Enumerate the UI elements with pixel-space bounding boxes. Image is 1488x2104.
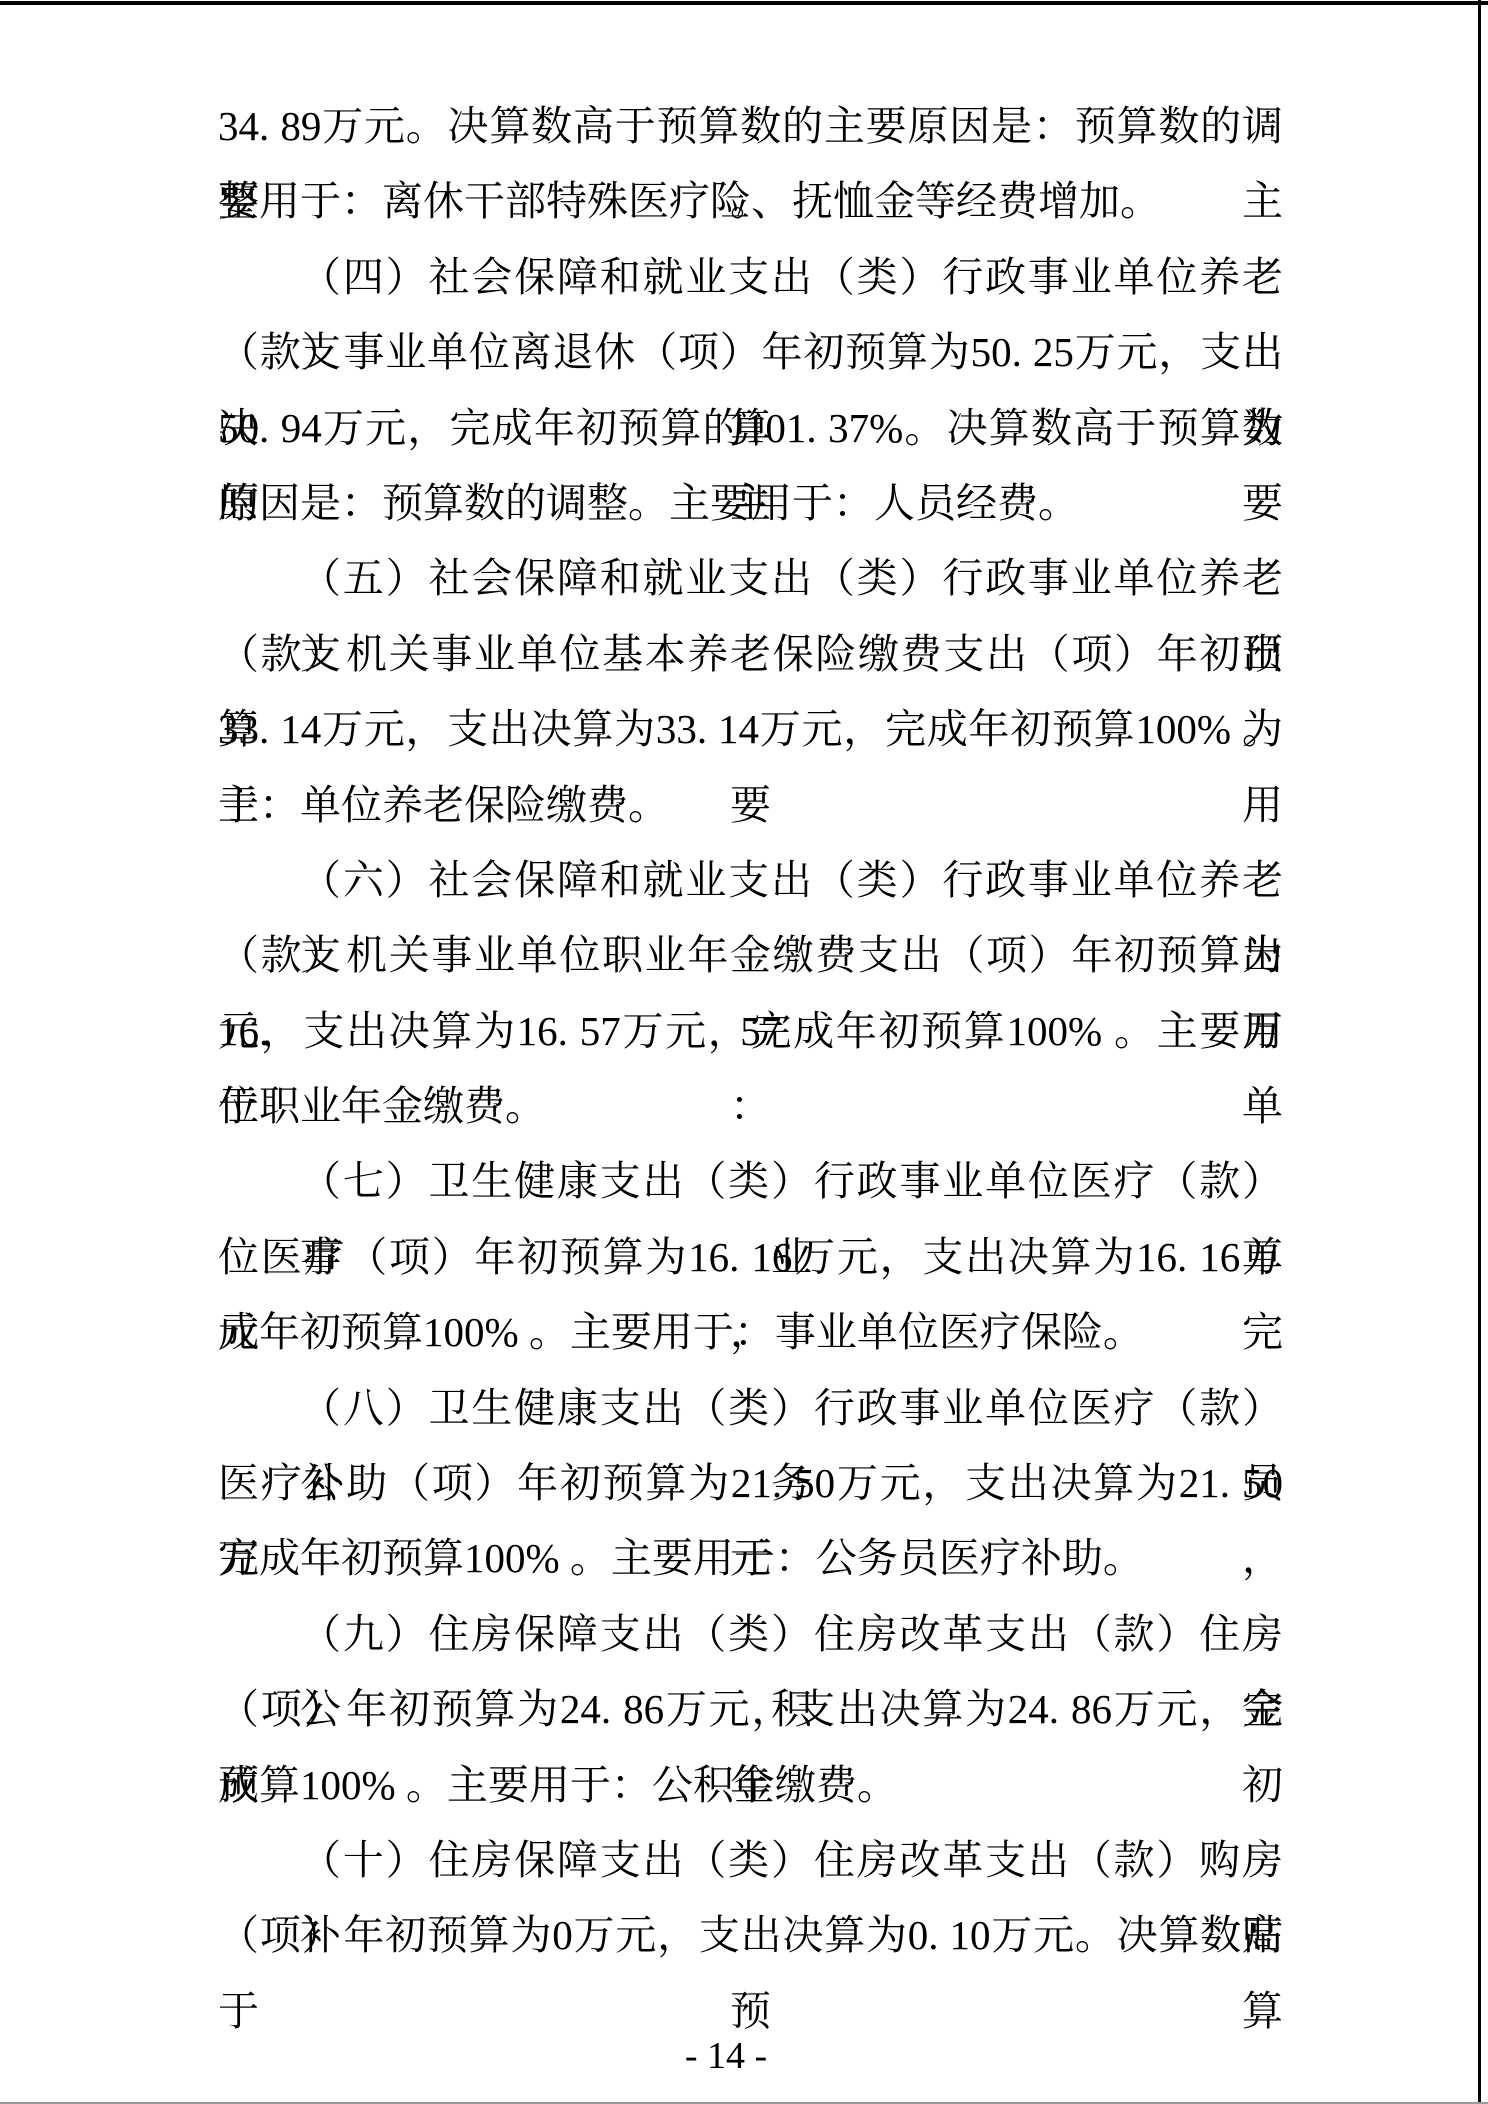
- text-line: （项）年初预算为24. 86万元，支出决算为24. 86万元，完成年初: [218, 1672, 1283, 1747]
- text-line: （九）住房保障支出（类）住房改革支出（款）住房公积金: [218, 1597, 1283, 1672]
- text-line: 位医疗（项）年初预算为16. 16万元，支出决算为16. 16万元，完: [218, 1220, 1283, 1295]
- document-body: 34. 89万元。决算数高于预算数的主要原因是：预算数的调整。主要用于：离休干部…: [218, 89, 1283, 1974]
- text-line: 要用于：离休干部特殊医疗险、抚恤金等经费增加。: [218, 164, 1283, 239]
- text-line: 50. 94万元，完成年初预算的101. 37%。决算数高于预算数的主要: [218, 391, 1283, 466]
- text-line: 医疗补助（项）年初预算为21. 50万元，支出决算为21. 50万元，: [218, 1446, 1283, 1521]
- text-line: （款）机关事业单位职业年金缴费支出（项）年初预算为16. 57万: [218, 918, 1283, 993]
- text-line: 元，支出决算为16. 57万元，完成年初预算100% 。主要用于：单: [218, 994, 1283, 1069]
- document-page: 34. 89万元。决算数高于预算数的主要原因是：预算数的调整。主要用于：离休干部…: [0, 0, 1488, 2104]
- text-line: （八）卫生健康支出（类）行政事业单位医疗（款）公务员: [218, 1371, 1283, 1446]
- page-number: - 14 -: [0, 2032, 1470, 2080]
- text-line: 成年初预算100% 。主要用于：事业单位医疗保险。: [218, 1295, 1283, 1370]
- text-line: 完成年初预算100% 。主要用于：公务员医疗补助。: [218, 1521, 1283, 1596]
- text-line: （十）住房保障支出（类）住房改革支出（款）购房补贴: [218, 1823, 1283, 1898]
- right-border-line: [1478, 0, 1481, 2104]
- text-line: （项）年初预算为0万元，支出决算为0. 10万元。决算数高于预算: [218, 1898, 1283, 1973]
- top-border-line: [0, 1, 1488, 5]
- text-line: 33. 14万元，支出决算为33. 14万元，完成年初预算100% 。主要用: [218, 692, 1283, 767]
- text-line: （六）社会保障和就业支出（类）行政事业单位养老支出: [218, 843, 1283, 918]
- text-line: （款）机关事业单位基本养老保险缴费支出（项）年初预算为: [218, 617, 1283, 692]
- text-line: （五）社会保障和就业支出（类）行政事业单位养老支出: [218, 541, 1283, 616]
- text-line: （七）卫生健康支出（类）行政事业单位医疗（款）事业单: [218, 1144, 1283, 1219]
- text-line: （四）社会保障和就业支出（类）行政事业单位养老支出: [218, 240, 1283, 315]
- text-line: （款）事业单位离退休（项）年初预算为50. 25万元，支出决算为: [218, 315, 1283, 390]
- text-line: 34. 89万元。决算数高于预算数的主要原因是：预算数的调整。主: [218, 89, 1283, 164]
